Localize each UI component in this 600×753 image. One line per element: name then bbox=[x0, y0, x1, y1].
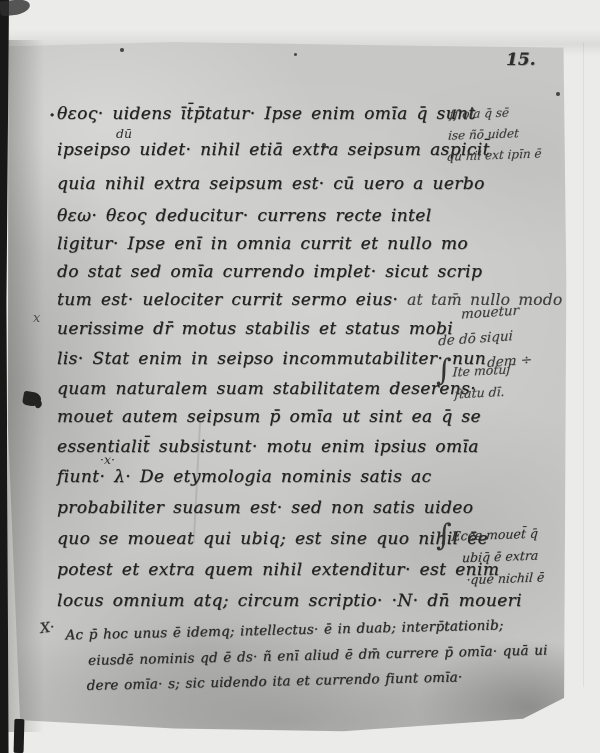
folio-number: 15. bbox=[506, 50, 536, 70]
backing-crease bbox=[583, 42, 584, 687]
corner-ink-blot bbox=[0, 0, 31, 17]
gloss-brace-icon: ∫ bbox=[436, 356, 452, 386]
text-line: ligitur· Ipse enī in omnia currit et nul… bbox=[57, 234, 468, 254]
gloss-paragraph-mark: X· bbox=[39, 619, 56, 637]
bottom-edge-mark bbox=[14, 719, 25, 753]
margin-cross-mark: x bbox=[33, 311, 40, 326]
marginal-note-line: Ite motuſ bbox=[452, 358, 511, 383]
text-line: uerissime dr̄ motus stabilis et status m… bbox=[57, 319, 453, 339]
gutter-shadow bbox=[8, 40, 44, 732]
text-line: do stat sed omīa currendo implet· sicut … bbox=[57, 262, 482, 282]
bottom-gloss: Ac p̄ hoc unus ē idemq; intellectus· ē i… bbox=[59, 612, 548, 700]
marginal-note-motus: Ite motuſ ſtatu dī. bbox=[451, 358, 512, 405]
text-line: essentialit̄ subsistunt· motu enim ipsiu… bbox=[57, 437, 479, 457]
text-line: quo se moueat qui ubiq; est sine quo nih… bbox=[57, 529, 488, 549]
text-line: θεω· θεος deducitur· currens recte intel bbox=[57, 206, 432, 226]
text-line: locus omnium atq; circum scriptio· ·N· d… bbox=[57, 591, 522, 611]
marginal-note-line: qu nil ext ipīn ē bbox=[446, 143, 542, 167]
ink-speck bbox=[556, 92, 560, 96]
text-line: quia nihil extra seipsum est· cū uero a … bbox=[57, 174, 485, 194]
text-line: θεος· uidens īt̄p̄tatur· Ipse enim omīa … bbox=[57, 104, 476, 124]
text-line: quam naturalem suam stabilitatem deseren… bbox=[57, 379, 476, 399]
text-line: fiunt· λ· De etymologia nominis satis ac bbox=[57, 467, 432, 487]
ink-speck bbox=[120, 48, 124, 52]
gloss-sigil-icon: ſſ bbox=[449, 107, 459, 121]
interlinear-addition-dum: dū bbox=[116, 126, 132, 141]
gloss-brace-icon: ∫ bbox=[436, 521, 452, 551]
text-line-segment: tum est· uelociter currit sermo eius· bbox=[57, 290, 398, 310]
text-line: ipseipso uidet· nihil etiā extra seipsum… bbox=[57, 140, 490, 160]
text-line: probabiliter suasum est· sed non satis u… bbox=[57, 498, 473, 518]
manuscript-photo: 15. θεος· uidens īt̄p̄tatur· Ipse enim o… bbox=[0, 0, 600, 753]
marginal-note-ecce: Ecce mouet̄ q̄ ubiq̄ ē extra ·quē nichil… bbox=[448, 522, 548, 592]
ink-speck bbox=[294, 53, 297, 56]
text-line: mouet autem seipsum p̄ omīa ut sint ea q… bbox=[57, 407, 481, 427]
interlinear-insertion-mark: ·x· bbox=[100, 452, 115, 467]
text-line: potest et extra quem nihil extenditur· e… bbox=[57, 560, 499, 580]
marginal-note-line: ·quē nichil ē bbox=[466, 566, 545, 591]
marginal-note-line: ſtatu dī. bbox=[454, 380, 511, 405]
text-line: lis· Stat enim in seipso incommutabilite… bbox=[57, 349, 486, 369]
marginal-note-line: ubiq̄ ē extra bbox=[461, 544, 546, 569]
marginal-note-videt: ſſ oīa q̄ sē ise ñō uidet qu nil ext ipī… bbox=[446, 101, 545, 168]
margin-dot-mark: · bbox=[49, 105, 55, 126]
